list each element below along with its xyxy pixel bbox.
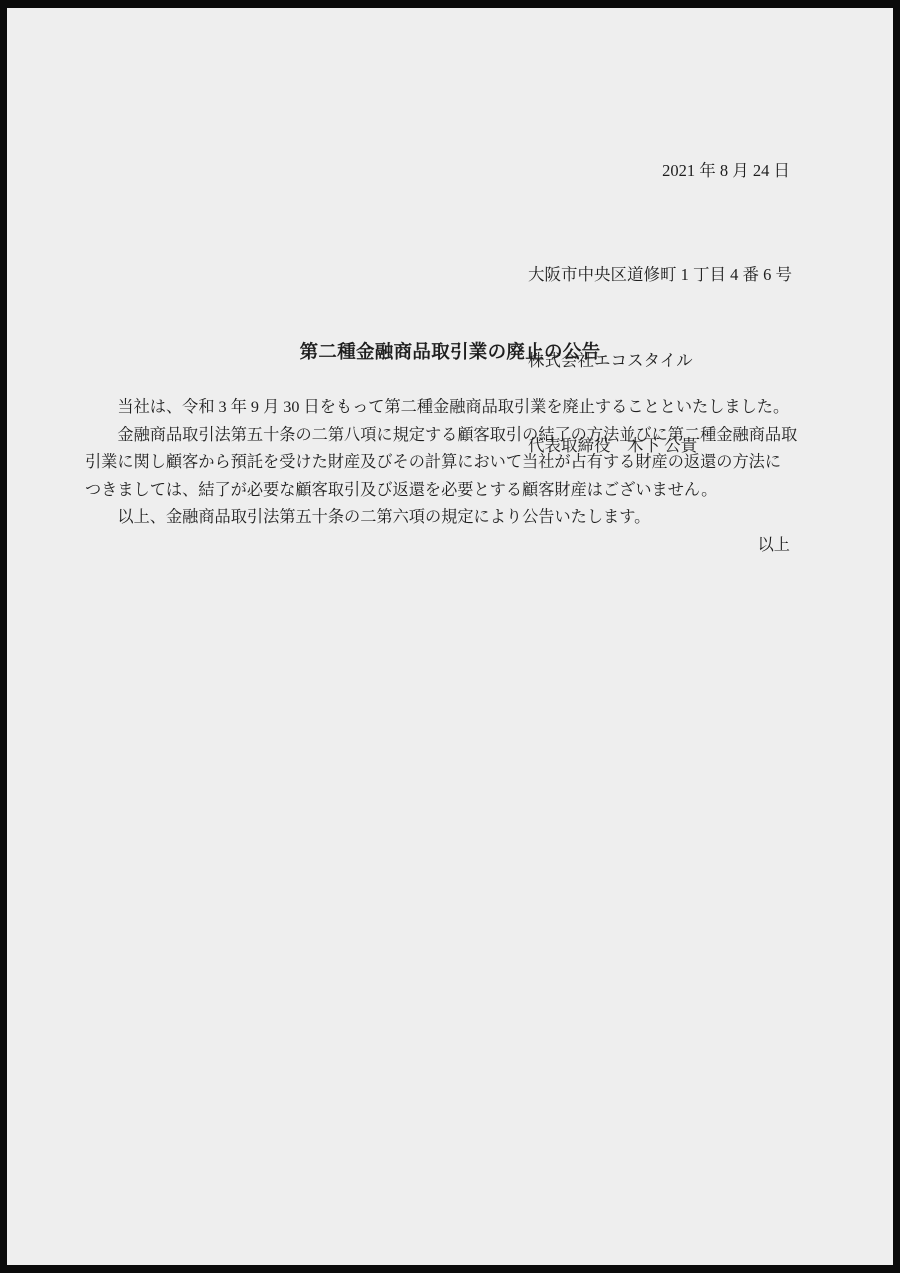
closing-mark: 以上 [85, 532, 797, 560]
body-line-5: 以上、金融商品取引法第五十条の二第六項の規定により公告いたします。 [85, 504, 797, 532]
document-title: 第二種金融商品取引業の廃止の公告 [7, 338, 893, 368]
body-line-3: 引業に関し顧客から預託を受けた財産及びその計算において当社が占有する財産の返還の… [85, 449, 797, 477]
body-line-2: 金融商品取引法第五十条の二第八項に規定する顧客取引の結了の方法並びに第二種金融商… [85, 422, 797, 450]
body-line-1: 当社は、令和 3 年 9 月 30 日をもって第二種金融商品取引業を廃止すること… [85, 394, 797, 422]
document-body: 当社は、令和 3 年 9 月 30 日をもって第二種金融商品取引業を廃止すること… [85, 394, 797, 559]
document-page: 2021 年 8 月 24 日 大阪市中央区道修町 1 丁目 4 番 6 号 株… [7, 8, 893, 1265]
date-line: 2021 年 8 月 24 日 [85, 156, 795, 185]
sender-address: 大阪市中央区道修町 1 丁目 4 番 6 号 [528, 261, 792, 290]
body-line-4: つきましては、結了が必要な顧客取引及び返還を必要とする顧客財産はございません。 [85, 477, 797, 505]
